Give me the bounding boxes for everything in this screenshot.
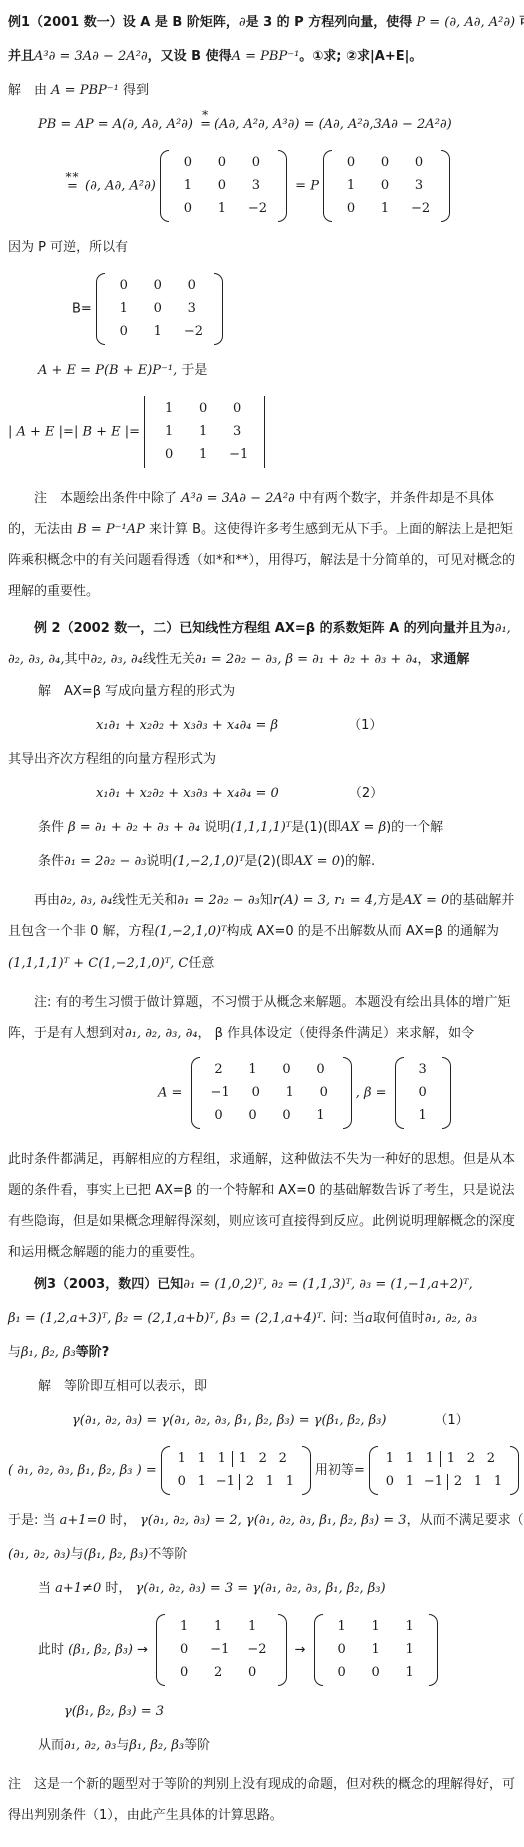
over-mark: * xyxy=(202,105,209,126)
matrix-body: 11112201−1211 xyxy=(378,1446,510,1495)
doc-line: 条件∂₁ = 2∂₂ − ∂₃说明(1,−2,1,0)ᵀ是(2)(即AX = 0… xyxy=(38,851,516,872)
matrix-cell: 3 xyxy=(220,424,254,440)
matrix-row: 020 xyxy=(167,1665,275,1681)
matrix-row: 0 xyxy=(406,1085,440,1101)
doc-line: 因为 P 可逆，所以有 xyxy=(8,237,516,258)
matrix-row: 011 xyxy=(325,1642,427,1658)
doc-text: 解 AX=β 写成向量方程的形式为 xyxy=(38,684,235,699)
matrix-row: 3 xyxy=(406,1062,440,1078)
matrix-body: 111011001 xyxy=(323,1614,429,1686)
doc-text: 从而 xyxy=(38,1738,64,1753)
doc-text: ，又设 B 使得 xyxy=(148,49,232,64)
matrix: 11112201−1211 xyxy=(161,1446,311,1495)
math-text: ∂₁, ∂₂, ∂₃ xyxy=(64,1738,116,1753)
matrix-cell: 1 xyxy=(400,1451,420,1467)
matrix-cell: 1 xyxy=(304,1108,338,1124)
matrix-cell: 1 xyxy=(488,1474,508,1490)
matrix-cell: −1 xyxy=(201,1642,238,1658)
matrix-cell: 1 xyxy=(152,424,186,440)
matrix-cell: 0 xyxy=(205,178,239,194)
math-text: ∂₁ = 2∂₂ − ∂₃ xyxy=(64,854,146,869)
doc-line: PB = AP = A(∂, A∂, A²∂) =*(A∂, A²∂, A³∂)… xyxy=(38,114,516,135)
matrix-row: 111122 xyxy=(380,1451,508,1467)
math-text: ∂₁ = (1,0,2)ᵀ, ∂₂ = (1,1,3)ᵀ, ∂₃ = (1,−1… xyxy=(183,1277,473,1292)
doc-text: 线性无关 xyxy=(143,652,195,667)
doc-text: 等阶 xyxy=(184,1738,210,1753)
matrix-right-fence xyxy=(259,396,265,468)
matrix-cell: 1 xyxy=(171,178,205,194)
matrix-right-fence xyxy=(278,150,287,222)
matrix: 1110−1−2020 xyxy=(156,1614,286,1686)
doc-line: 并且A³∂ = 3A∂ − 2A²∂，又设 B 使得A = PBP⁻¹。①求; … xyxy=(8,46,516,67)
matrix-cell: 1 xyxy=(468,1474,488,1490)
math-text: (β₁, β₂, β₃) xyxy=(84,1547,149,1562)
matrix-cell: 0 xyxy=(325,1665,359,1681)
doc-line: (∂₁, ∂₂, ∂₃)与(β₁, β₂, β₃)不等阶 xyxy=(8,1544,516,1565)
matrix-cell: −2 xyxy=(175,324,212,340)
matrix-cell: 1 xyxy=(192,1474,212,1490)
matrix-cell: 3 xyxy=(406,1062,440,1078)
doc-text: 例3（2003，数四）已知 xyxy=(34,1277,183,1292)
math-text: AX = β xyxy=(341,820,386,835)
matrix-cell: 1 xyxy=(393,1619,427,1635)
matrix-cell: −1 xyxy=(220,447,257,463)
matrix-cell: 2 xyxy=(481,1451,501,1467)
doc-line: 从而∂₁, ∂₂, ∂₃与β₁, β₂, β₃等阶 xyxy=(38,1735,516,1756)
matrix-left-fence xyxy=(369,1446,378,1495)
math-text: β₁ = (1,2,a+3)ᵀ, β₂ = (2,1,a+b)ᵀ, β₃ = (… xyxy=(8,1311,322,1326)
matrix-cell: 0 xyxy=(406,1085,440,1101)
matrix-cell: 1 xyxy=(440,1451,461,1467)
matrix-cell: 3 xyxy=(175,301,209,317)
determinant-matrix: 10011301−1 xyxy=(144,396,265,468)
matrix-cell: 0 xyxy=(380,1474,400,1490)
doc-line: 于是: 当 a+1=0 时， γ(∂₁, ∂₂, ∂₃) = 2, γ(∂₁, … xyxy=(8,1510,516,1531)
doc-line: 与β₁, β₂, β₃等阶? xyxy=(8,1342,516,1363)
matrix-row: 111122 xyxy=(172,1451,300,1467)
doc-text: 不等阶 xyxy=(148,1547,187,1562)
matrix-cell: 2 xyxy=(201,1665,235,1681)
paragraph: 此时条件都满足，再解相应的方程组，求通解，这种做法不失为一种好的思想。但是从本题… xyxy=(8,1144,516,1268)
matrix-cell: 2 xyxy=(447,1474,468,1490)
matrix-cell: 0 xyxy=(334,155,368,171)
paragraph: 再由∂₂, ∂₃, ∂₄线性无关和∂₁ = 2∂₂ − ∂₃知r(A) = 3,… xyxy=(8,885,516,947)
math-text: x₁∂₁ + x₂∂₂ + x₃∂₃ + x₄∂₄ = 0 xyxy=(96,786,279,801)
matrix-right-fence xyxy=(302,1446,311,1495)
matrix-cell: 1 xyxy=(141,324,175,340)
doc-text: （2） xyxy=(349,786,383,801)
doc-text: 是(1)(即 xyxy=(291,820,341,835)
math-text: γ(∂₁, ∂₂, ∂₃) = 3 = γ(∂₁, ∂₂, ∂₃, β₁, β₂… xyxy=(135,1581,385,1596)
doc-text: 线性无关和 xyxy=(112,893,177,908)
matrix-cell: 0 xyxy=(107,324,141,340)
over-mark: ** xyxy=(65,167,79,188)
doc-text: 说明 xyxy=(204,820,230,835)
matrix-row: 01−2 xyxy=(334,201,439,217)
doc-text: 用初等 xyxy=(315,1463,354,1478)
doc-text: B= xyxy=(72,302,92,317)
math-text: (A∂, A²∂, A³∂) = (A∂, A²∂,3A∂ − 2A²∂) xyxy=(214,117,452,132)
doc-text: ，从而不满足要求（1）， xyxy=(407,1513,524,1528)
matrix-cell: −2 xyxy=(238,1642,275,1658)
matrix-cell: 0 xyxy=(236,1108,270,1124)
matrix-cell: 0 xyxy=(141,278,175,294)
doc-text: 此时 xyxy=(38,1643,68,1658)
matrix: 00010301−2 xyxy=(323,150,450,222)
matrix-cell: 0 xyxy=(220,401,254,417)
matrix-cell: 0 xyxy=(171,155,205,171)
matrix-row: 01−1211 xyxy=(380,1474,508,1490)
paragraph: 注 这是一个新的题型对于等阶的判别上没有现成的命题，但对秩的概念的理解得好，可得… xyxy=(8,1769,516,1831)
matrix-cell: 0 xyxy=(186,401,220,417)
matrix-cell: −1 xyxy=(420,1474,447,1490)
matrix-row: 2100 xyxy=(202,1062,341,1078)
matrix-body: 00010301−2 xyxy=(332,150,441,222)
doc-text: 是(2)(即 xyxy=(244,854,294,869)
doc-text: 解 等阶即互相可以表示，即 xyxy=(38,1379,207,1394)
matrix-cell: 2 xyxy=(253,1451,273,1467)
matrix-cell: 1 xyxy=(359,1619,393,1635)
math-text: AX = 0 xyxy=(403,893,449,908)
matrix-cell: 0 xyxy=(325,1642,359,1658)
matrix-cell: 0 xyxy=(235,1665,269,1681)
math-text: β = ∂₁ + ∂₂ + ∂₃ + ∂₄ xyxy=(64,820,204,835)
math-text: ( ∂₁, ∂₂, ∂₃, β₁, β₂, β₃ ) = xyxy=(8,1463,157,1478)
math-text: γ(∂₁, ∂₂, ∂₃) = 2, γ(∂₁, ∂₂, ∂₃, β₁, β₂,… xyxy=(140,1513,407,1528)
matrix-row: 0001 xyxy=(202,1108,341,1124)
matrix-row: 000 xyxy=(107,278,212,294)
paragraph: 注 本题绘出条件中除了 A³∂ = 3A∂ − 2A²∂ 中有两个数字，并条件却… xyxy=(8,483,516,607)
matrix-body: 2100−10100001 xyxy=(200,1057,343,1129)
doc-text: 取何值时 xyxy=(373,1311,425,1326)
doc-text: 时， xyxy=(101,1581,135,1596)
matrix-left-fence xyxy=(156,1614,165,1686)
doc-text: )的解. xyxy=(340,854,375,869)
matrix-body: 00010301−2 xyxy=(105,273,214,345)
math-text: A + E = P(B + E)P⁻¹ xyxy=(38,363,173,378)
doc-text: 解 由 xyxy=(8,83,47,98)
matrix-left-fence xyxy=(161,1446,170,1495)
math-text: β₁, β₂, β₃ xyxy=(129,1738,184,1753)
doc-text: 可逆 xyxy=(519,15,524,30)
matrix-row: 0−1−2 xyxy=(167,1642,275,1658)
math-text: ∂₁, ∂₂, ∂₃ xyxy=(425,1311,477,1326)
doc-text: 因为 P 可逆，所以有 xyxy=(8,240,128,255)
formula-line: =** (∂, A∂, A²∂)00010301−2 = P00010301−2 xyxy=(64,148,516,224)
math-text: β₁, β₂, β₃ xyxy=(21,1345,76,1360)
matrix-cell: 2 xyxy=(202,1062,236,1078)
matrix-row: 000 xyxy=(171,155,276,171)
matrix-cell: 0 xyxy=(239,155,273,171)
math-text: A = xyxy=(158,1086,187,1101)
matrix-cell: 1 xyxy=(393,1642,427,1658)
matrix-row: −1010 xyxy=(202,1085,341,1101)
matrix-cell: 1 xyxy=(359,1642,393,1658)
doc-text: 于是: 当 xyxy=(8,1513,60,1528)
doc-line: A + E = P(B + E)P⁻¹, 于是 xyxy=(38,360,516,381)
doc-text: 方是 xyxy=(377,893,403,908)
matrix-cell: 1 xyxy=(273,1085,307,1101)
matrix-cell: 0 xyxy=(334,201,368,217)
doc-text: 与 xyxy=(8,1345,21,1360)
math-text: B = P⁻¹AP xyxy=(73,522,149,537)
matrix-cell: 0 xyxy=(359,1665,393,1681)
matrix-cell: 1 xyxy=(236,1062,270,1078)
matrix-body: 1110−1−2020 xyxy=(165,1614,277,1686)
matrix-cell: 1 xyxy=(393,1665,427,1681)
doc-text: ， xyxy=(417,652,430,667)
doc-text: 是 3 的 P 方程列向量，使得 xyxy=(246,15,413,30)
paragraph: 例 2（2002 数一，二）已知线性方程组 AX=β 的系数矩阵 A 的列向量并… xyxy=(8,613,516,675)
doc-line: x₁∂₁ + x₂∂₂ + x₃∂₃ + x₄∂₄ = β（1） xyxy=(96,715,516,736)
doc-text: 于是 xyxy=(181,363,207,378)
doc-text: → xyxy=(133,1643,152,1658)
math-text: (1,−2,1,0)ᵀ xyxy=(172,854,244,869)
matrix-cell: 1 xyxy=(380,1451,400,1467)
doc-line: 例3（2003，数四）已知∂₁ = (1,0,2)ᵀ, ∂₂ = (1,1,3)… xyxy=(8,1274,516,1295)
matrix-cell: 0 xyxy=(304,1062,338,1078)
matrix-cell: 0 xyxy=(172,1474,192,1490)
matrix-cell: 1 xyxy=(172,1451,192,1467)
doc-text: ， β 作具体设定（使得条件满足）来求解，如令 xyxy=(198,1026,475,1041)
math-text: AX = 0 xyxy=(294,854,340,869)
math-text: = P xyxy=(291,179,319,194)
matrix-cell: −2 xyxy=(239,201,276,217)
doc-text: 并且 xyxy=(8,49,34,64)
matrix-cell: 0 xyxy=(171,201,205,217)
doc-line: (1,1,1,1)ᵀ + C(1,−2,1,0)ᵀ, C任意 xyxy=(8,953,516,974)
matrix-cell: 1 xyxy=(192,1451,212,1467)
matrix-cell: 0 xyxy=(270,1062,304,1078)
doc-text: 此时条件都满足，再解相应的方程组，求通解，这种做法不失为一种好的思想。但是从本题… xyxy=(8,1152,515,1260)
math-text: , β = xyxy=(356,1086,391,1101)
matrix-left-fence xyxy=(323,150,332,222)
matrix-cell: 1 xyxy=(406,1108,440,1124)
math-text: ∂ xyxy=(239,15,246,30)
matrix-cell: 0 xyxy=(239,1085,273,1101)
doc-text: 构成 AX=0 的是不出解数从而 AX=β 的通解为 xyxy=(227,924,499,939)
matrix-cell: 0 xyxy=(175,278,209,294)
matrix-cell: 0 xyxy=(402,155,436,171)
matrix-row: 103 xyxy=(171,178,276,194)
doc-line: 解 等阶即互相可以表示，即 xyxy=(38,1376,516,1397)
math-text: γ(∂₁, ∂₂, ∂₃) = γ(∂₁, ∂₂, ∂₃, β₁, β₂, β₃… xyxy=(72,1413,386,1428)
doc-text: 与 xyxy=(116,1738,129,1753)
doc-text: 其中 xyxy=(64,652,90,667)
doc-text: 任意 xyxy=(188,956,214,971)
matrix-row: 001 xyxy=(325,1665,427,1681)
math-text: A³∂ = 3A∂ − 2A²∂ xyxy=(177,491,299,506)
doc-line: 解 AX=β 写成向量方程的形式为 xyxy=(38,681,516,702)
math-text: (1,1,1,1)ᵀ + C(1,−2,1,0)ᵀ, C xyxy=(8,956,188,971)
matrix-right-fence xyxy=(441,150,450,222)
doc-text: （1） xyxy=(348,718,382,733)
matrix-row: 01−1211 xyxy=(172,1474,300,1490)
doc-text: 知 xyxy=(260,893,273,908)
matrix-cell: 3 xyxy=(239,178,273,194)
matrix: 11112201−1211 xyxy=(369,1446,519,1495)
math-text: (1,1,1,1)ᵀ xyxy=(230,820,291,835)
math-text: A³∂ = 3A∂ − 2A²∂ xyxy=(34,49,148,64)
matrix-cell: 1 xyxy=(205,201,239,217)
doc-text: 例 2（2002 数一，二）已知线性方程组 AX=β 的系数矩阵 A 的列向量并… xyxy=(34,621,495,636)
doc-line: 当 a+1≠0 时， γ(∂₁, ∂₂, ∂₃) = 3 = γ(∂₁, ∂₂,… xyxy=(38,1578,516,1599)
formula-line: | A + E |=| B + E |=10011301−1 xyxy=(8,394,516,470)
matrix-cell: 0 xyxy=(107,278,141,294)
matrix-cell: 2 xyxy=(239,1474,260,1490)
doc-line: 条件 β = ∂₁ + ∂₂ + ∂₃ + ∂₄ 说明(1,1,1,1)ᵀ是(1… xyxy=(38,817,516,838)
matrix-cell: 0 xyxy=(202,1108,236,1124)
matrix-row: 100 xyxy=(152,401,257,417)
doc-line: 例1（2001 数一）设 A 是 B 阶矩阵，∂是 3 的 P 方程列向量，使得… xyxy=(8,12,516,33)
matrix-cell: 1 xyxy=(368,201,402,217)
math-text: (∂, A∂, A²∂) xyxy=(81,179,156,194)
math-text: ∂₁, ∂₂, ∂₃, ∂₄ xyxy=(125,1026,198,1041)
matrix-cell: 0 xyxy=(167,1642,201,1658)
matrix-left-fence xyxy=(96,273,105,345)
math-text: = xyxy=(354,1463,365,1478)
doc-line: γ(∂₁, ∂₂, ∂₃) = γ(∂₁, ∂₂, ∂₃, β₁, β₂, β₃… xyxy=(72,1410,516,1431)
math-text: PB = AP = A(∂, A∂, A²∂) xyxy=(38,117,197,132)
math-text: ∂₂, ∂₃, ∂₄ xyxy=(90,652,142,667)
doc-text: 与 xyxy=(70,1547,83,1562)
matrix-cell: 2 xyxy=(461,1451,481,1467)
doc-text: 再由 xyxy=(34,893,60,908)
doc-line: 解 由 A = PBP⁻¹ 得到 xyxy=(8,80,516,101)
doc-line: β₁ = (1,2,a+3)ᵀ, β₂ = (2,1,a+b)ᵀ, β₃ = (… xyxy=(8,1308,516,1329)
doc-text: 说明 xyxy=(146,854,172,869)
math-text: x₁∂₁ + x₂∂₂ + x₃∂₃ + x₄∂₄ = β xyxy=(96,718,278,733)
matrix-row: 000 xyxy=(334,155,439,171)
matrix-cell: 1 xyxy=(107,301,141,317)
math-text: γ(β₁, β₂, β₃) = 3 xyxy=(64,1704,164,1719)
math-text: A = PBP⁻¹ xyxy=(47,83,123,98)
math-text: =* xyxy=(197,117,214,132)
matrix-cell: 0 xyxy=(270,1108,304,1124)
matrix: 111011001 xyxy=(314,1614,438,1686)
doc-text: → xyxy=(291,1643,310,1658)
doc-text: 注 这是一个新的题型对于等阶的判别上没有现成的命题，但对秩的概念的理解得好，可得… xyxy=(8,1777,515,1823)
formula-line: A = 2100−10100001, β = 301 xyxy=(158,1055,516,1131)
doc-text: )的一个解 xyxy=(386,820,443,835)
doc-text: 时， xyxy=(106,1513,140,1528)
math-text: (β₁, β₂, β₃) xyxy=(68,1643,133,1658)
paragraph: 注: 有的考生习惯于做计算题，不习惯于从概念来解题。本题没有绘出具体的增广矩阵，… xyxy=(8,987,516,1049)
matrix-cell: 1 xyxy=(186,424,220,440)
doc-text: 。①求; ②求|A+E|。 xyxy=(299,49,422,64)
matrix-cell: 1 xyxy=(280,1474,300,1490)
doc-text: 条件 xyxy=(38,854,64,869)
matrix-cell: 0 xyxy=(307,1085,341,1101)
doc-text: 注 本题绘出条件中除了 xyxy=(34,491,177,506)
formula-line: 此时 (β₁, β₂, β₃) → 1110−1−2020 → 11101100… xyxy=(38,1612,516,1688)
matrix-right-fence xyxy=(429,1614,438,1686)
matrix-cell: 1 xyxy=(232,1451,253,1467)
matrix: 00010301−2 xyxy=(160,150,287,222)
matrix-cell: 2 xyxy=(273,1451,293,1467)
matrix-right-fence xyxy=(278,1614,287,1686)
doc-text: 等阶? xyxy=(76,1345,110,1360)
matrix-cell: 1 xyxy=(260,1474,280,1490)
formula-line: B=00010301−2 xyxy=(72,271,516,347)
matrix-row: 111 xyxy=(325,1619,427,1635)
matrix-row: 01−2 xyxy=(107,324,212,340)
matrix-cell: 1 xyxy=(325,1619,359,1635)
matrix-row: 113 xyxy=(152,424,257,440)
matrix-cell: 1 xyxy=(400,1474,420,1490)
matrix: 00010301−2 xyxy=(96,273,223,345)
matrix-cell: 3 xyxy=(402,178,436,194)
math-text: ∂₂, ∂₃, ∂₄ xyxy=(60,893,112,908)
math-text: ∂₁ = 2∂₂ − ∂₃, β = ∂₁ + ∂₂ + ∂₃ + ∂₄ xyxy=(195,652,418,667)
math-document-page: 例1（2001 数一）设 A 是 B 阶矩阵，∂是 3 的 P 方程列向量，使得… xyxy=(0,0,524,1847)
matrix-cell: 1 xyxy=(420,1451,440,1467)
doc-line: 其导出齐次方程组的向量方程形式为 xyxy=(8,749,516,770)
matrix-right-fence xyxy=(510,1446,519,1495)
matrix-cell: 1 xyxy=(212,1451,232,1467)
doc-text: 其导出齐次方程组的向量方程形式为 xyxy=(8,752,216,767)
doc-line: γ(β₁, β₂, β₃) = 3 xyxy=(64,1701,516,1722)
matrix-cell: 0 xyxy=(205,155,239,171)
matrix-cell: −2 xyxy=(402,201,439,217)
matrix: 2100−10100001 xyxy=(191,1057,352,1129)
matrix-left-fence xyxy=(314,1614,323,1686)
matrix-cell: −1 xyxy=(202,1085,239,1101)
matrix-cell: 0 xyxy=(167,1665,201,1681)
matrix-body: 11112201−1211 xyxy=(170,1446,302,1495)
matrix-body: 00010301−2 xyxy=(169,150,278,222)
doc-text: （1） xyxy=(434,1413,468,1428)
math-text: (1,−2,1,0)ᵀ xyxy=(155,924,227,939)
formula-line: ( ∂₁, ∂₂, ∂₃, β₁, β₂, β₃ ) =11112201−121… xyxy=(8,1444,516,1497)
matrix: 301 xyxy=(395,1057,451,1129)
matrix-row: 103 xyxy=(107,301,212,317)
math-text: r(A) = 3, r₁ = 4, xyxy=(273,893,377,908)
math-text: ∂₁ = 2∂₂ − ∂₃ xyxy=(177,893,259,908)
math-text: A = PBP⁻¹ xyxy=(232,49,300,64)
math-text: a+1=0 xyxy=(60,1513,106,1528)
doc-line: x₁∂₁ + x₂∂₂ + x₃∂₃ + x₄∂₄ = 0（2） xyxy=(96,783,516,804)
math-text: | A + E |=| B + E |= xyxy=(8,425,140,440)
matrix-cell: 1 xyxy=(334,178,368,194)
matrix-row: 111 xyxy=(167,1619,275,1635)
matrix-cell: 0 xyxy=(152,447,186,463)
math-text: a xyxy=(365,1311,373,1326)
matrix-right-fence xyxy=(442,1057,451,1129)
matrix-body: 301 xyxy=(404,1057,442,1129)
matrix-left-fence xyxy=(395,1057,404,1129)
doc-text: 当 xyxy=(38,1581,55,1596)
math-text: a+1≠0 xyxy=(55,1581,101,1596)
matrix-cell: 0 xyxy=(141,301,175,317)
matrix-row: 103 xyxy=(334,178,439,194)
doc-text: 条件 xyxy=(38,820,64,835)
doc-text: . 问: 当 xyxy=(322,1311,365,1326)
matrix-row: 01−2 xyxy=(171,201,276,217)
matrix-row: 1 xyxy=(406,1108,440,1124)
doc-text: 例1（2001 数一）设 A 是 B 阶矩阵， xyxy=(8,15,239,30)
matrix-cell: 1 xyxy=(201,1619,235,1635)
matrix-right-fence xyxy=(343,1057,352,1129)
math-text: (∂₁, ∂₂, ∂₃) xyxy=(8,1547,70,1562)
math-text: =** xyxy=(64,179,81,194)
matrix-cell: 1 xyxy=(167,1619,201,1635)
matrix-cell: 1 xyxy=(186,447,220,463)
math-text: P = (∂, A∂, A²∂) xyxy=(412,15,519,30)
matrix-left-fence xyxy=(191,1057,200,1129)
matrix-right-fence xyxy=(214,273,223,345)
matrix-cell: 0 xyxy=(368,178,402,194)
